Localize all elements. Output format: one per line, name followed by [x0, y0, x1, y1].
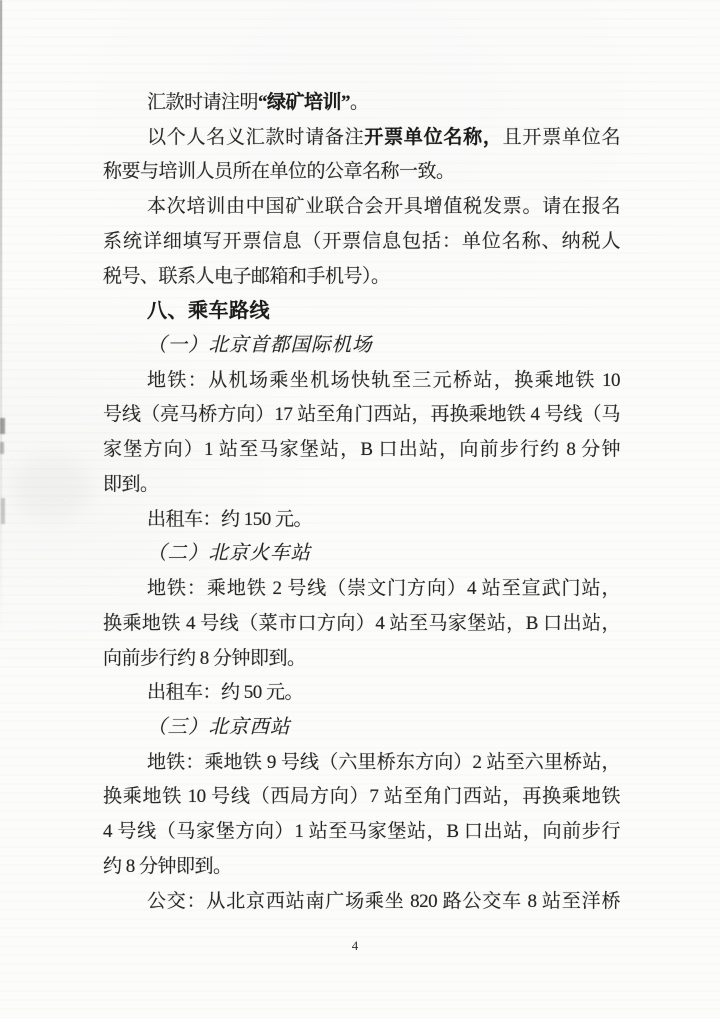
- bold-text-segment: 八、乘车路线: [147, 300, 270, 322]
- scan-ghost-smudge: [12, 458, 92, 520]
- text-segment: 汇款时请注明: [147, 92, 258, 113]
- text-line: 地铁：乘地铁 2 号线（崇文门方向）4 站至宣武门站，: [103, 572, 620, 607]
- scan-edge-mark: [0, 418, 5, 434]
- text-line: 4 号线（马家堡方向）1 站至马家堡站，B 口出站，向前步行: [103, 815, 620, 850]
- text-line: 换乘地铁 10 号线（西局方向）7 站至角门西站，再换乘地铁: [103, 780, 620, 815]
- text-line: 地铁：从机场乘坐机场快轨至三元桥站，换乘地铁 10: [103, 364, 620, 399]
- text-segment: 地铁：乘地铁 2 号线（崇文门方向）4 站至宣武门站，: [147, 578, 620, 599]
- text-segment: 地铁：乘地铁 9 号线（六里桥东方向）2 站至六里桥站，: [147, 752, 620, 773]
- text-line: 约 8 分钟即到。: [103, 850, 620, 885]
- text-segment: 号线（亮马桥方向）17 站至角门西站，再换乘地铁 4 号线（马: [103, 404, 620, 425]
- text-line: 即到。: [103, 468, 620, 503]
- subsection-heading-line: （一）北京首都国际机场: [103, 329, 620, 364]
- text-segment: 系统详细填写开票信息（开票信息包括：单位名称、纳税人: [103, 231, 620, 252]
- text-segment: 本次培训由中国矿业联合会开具增值税发票。请在报名: [147, 196, 620, 217]
- text-segment: 即到。: [103, 474, 159, 495]
- text-line: 换乘地铁 4 号线（菜市口方向）4 站至马家堡站，B 口出站，: [103, 607, 620, 642]
- section-heading-line: 八、乘车路线: [103, 294, 620, 329]
- text-line: 系统详细填写开票信息（开票信息包括：单位名称、纳税人: [103, 225, 620, 260]
- text-line: 税号、联系人电子邮箱和手机号）。: [103, 260, 620, 295]
- text-line: 向前步行约 8 分钟即到。: [103, 642, 620, 677]
- text-segment: 称要与培训人员所在单位的公章名称一致。: [103, 161, 455, 182]
- text-segment: 税号、联系人电子邮箱和手机号）。: [103, 266, 390, 287]
- text-line: 公交：从北京西站南广场乘坐 820 路公交车 8 站至洋桥: [103, 885, 620, 920]
- text-line: 号线（亮马桥方向）17 站至角门西站，再换乘地铁 4 号线（马: [103, 398, 620, 433]
- text-line: 出租车：约 50 元。: [103, 676, 620, 711]
- text-segment: 且开票单位名: [503, 127, 620, 148]
- bold-text-segment: 开票单位名称，: [364, 127, 502, 148]
- text-line: 称要与培训人员所在单位的公章名称一致。: [103, 155, 620, 190]
- text-line: 地铁：乘地铁 9 号线（六里桥东方向）2 站至六里桥站，: [103, 746, 620, 781]
- text-segment: 公交：从北京西站南广场乘坐 820 路公交车 8 站至洋桥: [147, 891, 620, 912]
- text-segment: 换乘地铁 10 号线（西局方向）7 站至角门西站，再换乘地铁: [103, 786, 620, 807]
- text-line: 汇款时请注明“绿矿培训”。: [103, 86, 620, 121]
- text-segment: （三）北京西站: [147, 717, 291, 738]
- scan-edge-artifact: [0, 0, 2, 640]
- page-number: 4: [0, 938, 710, 954]
- text-line: 以个人名义汇款时请备注开票单位名称，且开票单位名: [103, 121, 620, 156]
- text-line: 出租车：约 150 元。: [103, 503, 620, 538]
- scan-edge-mark: [0, 442, 4, 454]
- document-text-block: 汇款时请注明“绿矿培训”。以个人名义汇款时请备注开票单位名称，且开票单位名称要与…: [103, 86, 620, 919]
- subsection-heading-line: （三）北京西站: [103, 711, 620, 746]
- text-segment: 以个人名义汇款时请备注: [147, 127, 364, 148]
- text-segment: 。: [350, 92, 369, 113]
- text-segment: 出租车：约 150 元。: [147, 509, 312, 530]
- text-segment: （一）北京首都国际机场: [147, 335, 373, 356]
- text-line: 家堡方向）1 站至马家堡站，B 口出站，向前步行约 8 分钟: [103, 433, 620, 468]
- text-line: 本次培训由中国矿业联合会开具增值税发票。请在报名: [103, 190, 620, 225]
- text-segment: 家堡方向）1 站至马家堡站，B 口出站，向前步行约 8 分钟: [103, 439, 620, 460]
- text-segment: 地铁：从机场乘坐机场快轨至三元桥站，换乘地铁 10: [147, 370, 620, 391]
- scan-edge-mark: [1, 498, 5, 524]
- scanned-document-page: 汇款时请注明“绿矿培训”。以个人名义汇款时请备注开票单位名称，且开票单位名称要与…: [0, 0, 720, 1018]
- text-segment: 4 号线（马家堡方向）1 站至马家堡站，B 口出站，向前步行: [103, 821, 620, 842]
- text-segment: （二）北京火车站: [147, 543, 311, 564]
- text-segment: 换乘地铁 4 号线（菜市口方向）4 站至马家堡站，B 口出站，: [103, 613, 620, 634]
- subsection-heading-line: （二）北京火车站: [103, 537, 620, 572]
- text-segment: 出租车：约 50 元。: [147, 682, 303, 703]
- text-segment: 约 8 分钟即到。: [103, 856, 232, 877]
- text-segment: 向前步行约 8 分钟即到。: [103, 648, 306, 669]
- bold-text-segment: “绿矿培训”: [258, 92, 350, 113]
